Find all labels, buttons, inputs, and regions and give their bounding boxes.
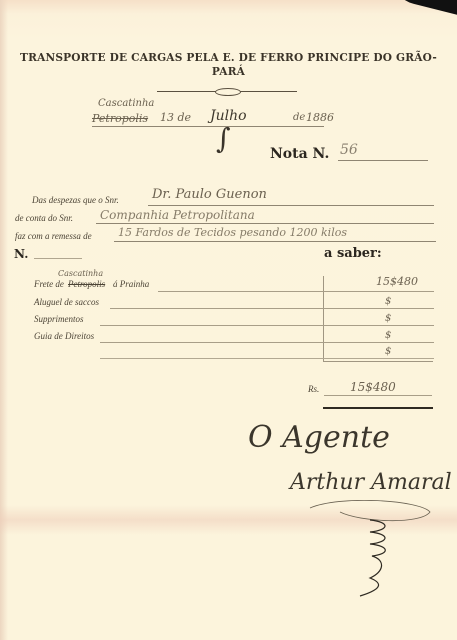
item-rule bbox=[110, 308, 434, 309]
total-double-rule bbox=[323, 407, 433, 409]
line3-value: 15 Fardos de Tecidos pesando 1200 kilos bbox=[118, 226, 347, 239]
ornament-divider bbox=[157, 90, 297, 94]
item-rule bbox=[100, 342, 434, 343]
paper-edge-stain bbox=[0, 0, 8, 640]
item-correction: Cascatinha bbox=[58, 269, 103, 278]
item-label-pre: Frete de bbox=[34, 279, 64, 289]
place-correction: Cascatinha bbox=[98, 98, 154, 109]
a-saber-label: a saber: bbox=[324, 246, 382, 261]
signature-flourish bbox=[300, 500, 440, 600]
date-year-prefix: de bbox=[293, 112, 305, 123]
total-value: 15$480 bbox=[350, 380, 396, 394]
n-label: N. bbox=[14, 247, 28, 261]
line3-rule bbox=[114, 241, 436, 242]
date-year: 1886 bbox=[306, 111, 334, 124]
line1-value: Dr. Paulo Guenon bbox=[152, 187, 267, 202]
document-header-title: TRANSPORTE DE CARGAS PELA E. DE FERRO PR… bbox=[18, 50, 438, 78]
date-rule bbox=[92, 126, 324, 127]
line2-value: Companhia Petropolitana bbox=[100, 208, 255, 222]
item-rule bbox=[158, 291, 434, 292]
item-label-post: á Prainha bbox=[113, 279, 149, 289]
date-flourish: ∫ bbox=[216, 122, 231, 155]
nota-label: Nota N. bbox=[270, 146, 329, 162]
line1-rule bbox=[148, 205, 434, 206]
item-label: Guia de Direitos bbox=[34, 331, 94, 341]
signature-name: Arthur Amaral bbox=[290, 470, 452, 495]
signature-title: O Agente bbox=[248, 420, 390, 455]
total-label: Rs. bbox=[308, 384, 319, 394]
item-amount: $ bbox=[385, 313, 391, 324]
total-rule bbox=[324, 395, 432, 396]
item-amount: 15$480 bbox=[376, 275, 418, 288]
line3-label: faz com a remessa de bbox=[15, 231, 92, 241]
item-amount: $ bbox=[385, 330, 391, 341]
item-amount: $ bbox=[385, 346, 391, 357]
item-rule bbox=[100, 358, 434, 359]
line1-label: Das despezas que o Snr. bbox=[32, 195, 119, 205]
item-amount: $ bbox=[385, 296, 391, 307]
n-rule bbox=[34, 258, 82, 259]
item-label: Aluguel de saccos bbox=[34, 297, 99, 307]
line2-label: de conta do Snr. bbox=[15, 213, 73, 223]
amount-box-bottom bbox=[323, 361, 433, 362]
amount-column-divider bbox=[323, 276, 324, 362]
date-day: 13 de bbox=[160, 111, 191, 124]
item-rule bbox=[100, 325, 434, 326]
nota-rule bbox=[338, 160, 428, 161]
nota-number: 56 bbox=[340, 142, 358, 158]
item-label-struck: Petropolis bbox=[68, 279, 105, 289]
line2-rule bbox=[96, 223, 434, 224]
place-struck: Petropolis bbox=[92, 112, 148, 125]
item-label: Supprimentos bbox=[34, 314, 84, 324]
